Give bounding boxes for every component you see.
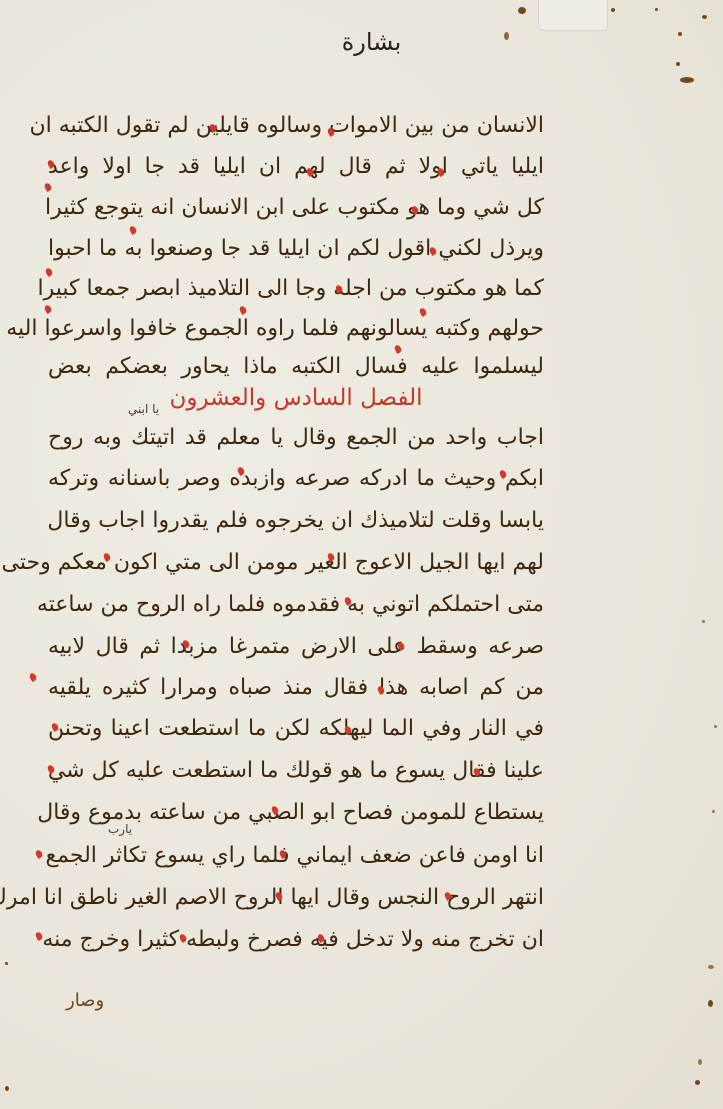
ink-spot bbox=[518, 7, 526, 14]
ink-spot bbox=[5, 962, 8, 965]
ink-spot bbox=[714, 725, 717, 728]
ink-spot bbox=[698, 1059, 702, 1065]
text-line: لهم ايها الجيل الاعوج الغير مومن الى متي… bbox=[48, 543, 544, 583]
manuscript-page: بشارة الانسان من بين الاموات وسالوه قايل… bbox=[0, 0, 723, 1109]
rubric-mark bbox=[28, 672, 37, 682]
text-line: حولهم وكتبه يسالونهم فلما راوه الجموع خا… bbox=[48, 309, 544, 349]
text-line: في النار وفي الما ليهلكه لكن ما استطعت ا… bbox=[48, 709, 544, 749]
text-line: من كم اصابه هذا فقال منذ صباه ومرارا كثي… bbox=[48, 668, 544, 708]
text-line: انا اومن فاعن ضعف ايماني فلما راي يسوع ت… bbox=[48, 836, 544, 876]
ink-spot bbox=[5, 1086, 9, 1091]
text-line: يابسا وقلت لتلاميذك ان يخرجوه فلم يقدروا… bbox=[48, 501, 544, 541]
text-line: ويرذل لكني اقول لكم ان ايليا قد جا وصنعو… bbox=[48, 229, 544, 269]
chapter-heading: الفصل السادس والعشرون bbox=[48, 378, 544, 418]
ink-spot bbox=[708, 1000, 713, 1007]
rubric-mark bbox=[34, 849, 43, 859]
text-line: كل شي وما هو مكتوب على ابن الانسان انه ي… bbox=[48, 188, 544, 228]
text-line: انتهر الروح النجس وقال ايها الروح الاصم … bbox=[48, 878, 544, 918]
text-line: الانسان من بين الاموات وسالوه قايلين لم … bbox=[48, 106, 544, 146]
text-line: كما هو مكتوب من اجله وجا الى التلاميذ اب… bbox=[48, 269, 544, 309]
interlinear-note: يا ابني bbox=[128, 402, 159, 416]
ink-spot bbox=[712, 810, 715, 813]
running-head: بشارة bbox=[0, 28, 723, 56]
text-line: علينا فقال يسوع ما هو قولك ما استطعت علي… bbox=[48, 751, 544, 791]
paper-tab-strip bbox=[538, 0, 608, 31]
text-line: ان تخرج منه ولا تدخل فيه فصرخ ولبطه كثير… bbox=[48, 920, 544, 960]
ink-spot bbox=[680, 77, 694, 83]
ink-spot bbox=[676, 62, 680, 66]
ink-spot bbox=[695, 1080, 700, 1085]
text-line: متى احتملكم اتوني به فقدموه فلما راه الر… bbox=[48, 585, 544, 625]
ink-spot bbox=[611, 8, 615, 12]
text-line: ابكم وحيث ما ادركه صرعه وازبده وصر باسنا… bbox=[48, 459, 544, 499]
ink-spot bbox=[702, 15, 707, 19]
text-line: اجاب واحد من الجمع وقال يا معلم قد اتيتك… bbox=[48, 418, 544, 458]
text-line: ايليا ياتي اولا ثم قال لهم ان ايليا قد ج… bbox=[48, 147, 544, 187]
text-line: صرعه وسقط على الارض متمرغا مزبدا ثم قال … bbox=[48, 627, 544, 667]
catchword: وصار bbox=[66, 990, 104, 1011]
ink-spot bbox=[655, 8, 658, 11]
ink-spot bbox=[708, 965, 714, 969]
running-head-title: بشارة bbox=[342, 28, 402, 56]
interlinear-note: يارب bbox=[108, 822, 132, 836]
ink-spot bbox=[702, 620, 705, 623]
